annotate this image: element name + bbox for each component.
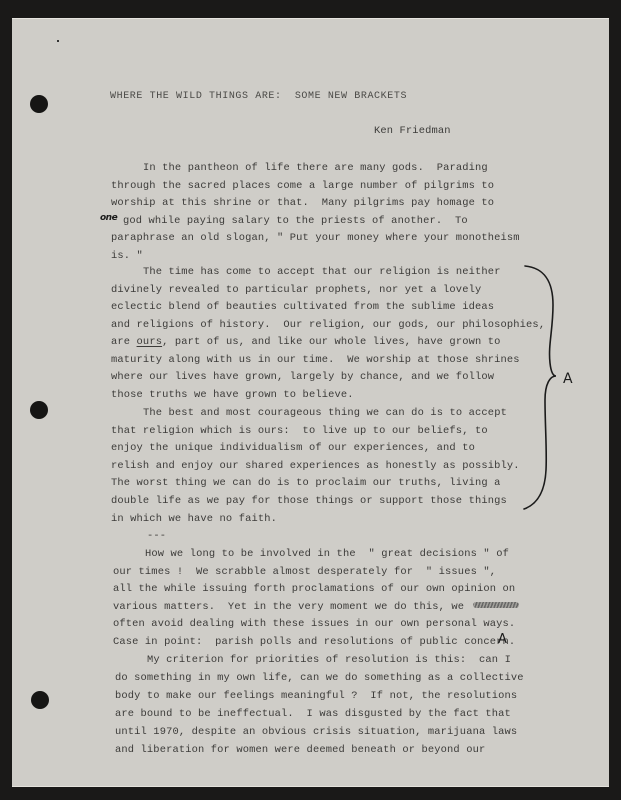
- curly-brace-annotation: [0, 0, 621, 800]
